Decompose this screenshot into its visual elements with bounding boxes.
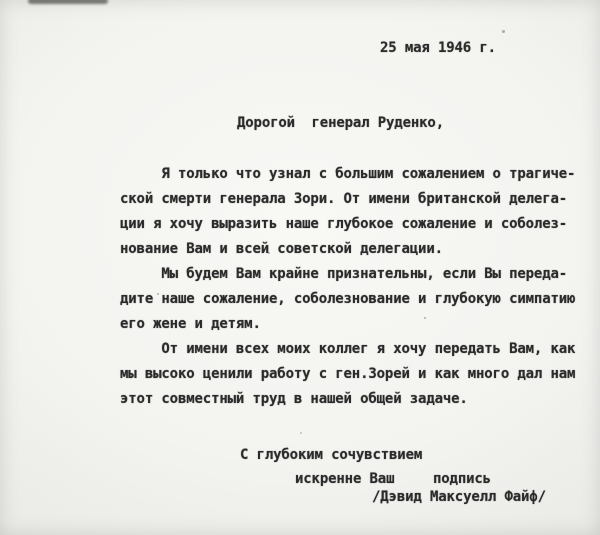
text-line: Мы будем Вам крайне признательны, если В… (120, 262, 575, 287)
scan-artifact-smudge (28, 0, 108, 4)
letter-page: 25 мая 1946 г. Дорогой генерал Руденко, … (0, 0, 600, 535)
closing-signed-name: /Дэвид Максуелл Файф/ (372, 485, 546, 510)
text-line: этот совместный труд в нашей общей задач… (120, 387, 575, 412)
text-line: нование Вам и всей советской делегации. (120, 237, 575, 262)
scan-speck (502, 30, 505, 33)
text-line: мы высоко ценили работу с ген.Зорей и ка… (120, 362, 575, 387)
letter-paragraph-2: Мы будем Вам крайне признательны, если В… (120, 262, 575, 337)
scan-speck (300, 432, 302, 434)
letter-date: 25 мая 1946 г. (380, 36, 496, 61)
letter-paragraph-1: Я только что узнал с большим сожалением … (120, 162, 575, 262)
text-line: От имени всех моих коллег я хочу передат… (120, 337, 575, 362)
text-line: ской смерти генерала Зори. От имени брит… (120, 187, 575, 212)
text-line: Я только что узнал с большим сожалением … (120, 162, 575, 187)
text-line: дите наше сожаление, соболезнование и гл… (120, 287, 575, 312)
text-line: ции я хочу выразить наше глубокое сожале… (120, 212, 575, 237)
text-line: его жене и детям. (120, 312, 575, 337)
letter-salutation: Дорогой генерал Руденко, (237, 111, 444, 136)
letter-paragraph-3: От имени всех моих коллег я хочу передат… (120, 337, 575, 412)
closing-sympathy: С глубоким сочувствием (240, 443, 422, 468)
